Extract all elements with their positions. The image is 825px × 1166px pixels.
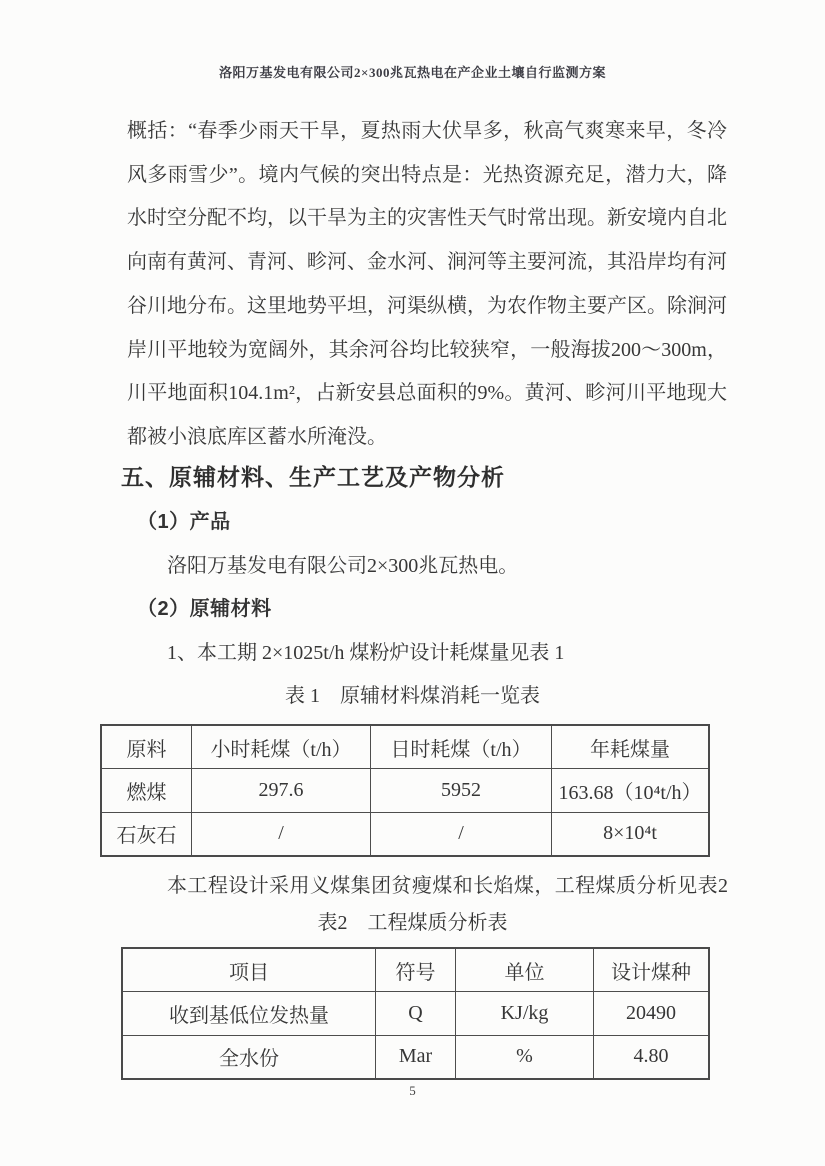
subsection-heading-materials: （2）原辅材料 — [137, 596, 272, 622]
table1-cell: 石灰石 — [101, 812, 192, 856]
table1-row-coal: 燃煤 297.6 5952 163.68（10⁴t/h） — [101, 769, 709, 813]
list-item-coal-consumption: 1、本工期 2×1025t/h 煤粉炉设计耗煤量见表 1 — [167, 640, 564, 666]
page-header: 洛阳万基发电有限公司2×300兆瓦热电在产企业土壤自行监测方案 — [0, 62, 825, 81]
table1-cell: / — [192, 812, 371, 856]
table1-cell: 5952 — [371, 769, 552, 813]
section-heading: 五、原辅材料、生产工艺及产物分析 — [121, 462, 505, 492]
paragraph-line: 都被小浪底库区蓄水所淹没。 — [127, 416, 727, 460]
table2-cell: % — [456, 1035, 594, 1079]
paragraph-line: 向南有黄河、青河、畛河、金水河、涧河等主要河流，其沿岸均有河 — [127, 241, 727, 285]
table2-header-item: 项目 — [122, 948, 376, 992]
product-text: 洛阳万基发电有限公司2×300兆瓦热电。 — [167, 553, 518, 579]
paragraph-line: 风多雨雪少”。境内气候的突出特点是：光热资源充足，潜力大，降 — [127, 154, 727, 198]
table2-cell: 4.80 — [594, 1035, 710, 1079]
subsection-heading-product: （1）产品 — [137, 509, 231, 535]
table2-header-design-coal: 设计煤种 — [594, 948, 710, 992]
coal-quality-text: 本工程设计采用义煤集团贫瘦煤和长焰煤，工程煤质分析见表2 — [127, 872, 728, 900]
climate-paragraph: 概括：“春季少雨天干旱，夏热雨大伏旱多，秋高气爽寒来早，冬冷 风多雨雪少”。境内… — [127, 110, 727, 460]
table1-caption: 表 1 原辅材料煤消耗一览表 — [0, 684, 825, 708]
table1-cell: / — [371, 812, 552, 856]
table2-cell: KJ/kg — [456, 992, 594, 1036]
table2-row-heating-value: 收到基低位发热量 Q KJ/kg 20490 — [122, 992, 709, 1036]
table1-header-hourly: 小时耗煤（t/h） — [192, 725, 371, 769]
table2-cell: 全水份 — [122, 1035, 376, 1079]
table1-header-row: 原料 小时耗煤（t/h） 日时耗煤（t/h） 年耗煤量 — [101, 725, 709, 769]
table2-cell: Q — [376, 992, 456, 1036]
table1-cell: 燃煤 — [101, 769, 192, 813]
table2-caption: 表2 工程煤质分析表 — [0, 911, 825, 935]
table1-cell: 163.68（10⁴t/h） — [552, 769, 710, 813]
table1-header-material: 原料 — [101, 725, 192, 769]
table1-header-yearly: 年耗煤量 — [552, 725, 710, 769]
table2-header-row: 项目 符号 单位 设计煤种 — [122, 948, 709, 992]
table2-coal-quality-analysis: 项目 符号 单位 设计煤种 收到基低位发热量 Q KJ/kg 20490 全水份… — [121, 947, 710, 1080]
table1-row-limestone: 石灰石 / / 8×10⁴t — [101, 812, 709, 856]
paragraph-line: 概括：“春季少雨天干旱，夏热雨大伏旱多，秋高气爽寒来早，冬冷 — [127, 110, 727, 154]
table1-cell: 8×10⁴t — [552, 812, 710, 856]
paragraph-line: 谷川地分布。这里地势平坦，河渠纵横，为农作物主要产区。除涧河 — [127, 285, 727, 329]
table2-cell: Mar — [376, 1035, 456, 1079]
document-page: 洛阳万基发电有限公司2×300兆瓦热电在产企业土壤自行监测方案 概括：“春季少雨… — [0, 0, 825, 1166]
paragraph-line: 岸川平地较为宽阔外，其余河谷均比较狭窄，一般海拔200～300m， — [127, 329, 727, 373]
table2-row-moisture: 全水份 Mar % 4.80 — [122, 1035, 709, 1079]
table2-cell: 20490 — [594, 992, 710, 1036]
table2-header-unit: 单位 — [456, 948, 594, 992]
table1-cell: 297.6 — [192, 769, 371, 813]
table1-coal-consumption: 原料 小时耗煤（t/h） 日时耗煤（t/h） 年耗煤量 燃煤 297.6 595… — [100, 724, 710, 857]
page-number: 5 — [0, 1083, 825, 1099]
table1-header-daily: 日时耗煤（t/h） — [371, 725, 552, 769]
table2-header-symbol: 符号 — [376, 948, 456, 992]
table2-cell: 收到基低位发热量 — [122, 992, 376, 1036]
paragraph-line: 水时空分配不均，以干旱为主的灾害性天气时常出现。新安境内自北 — [127, 197, 727, 241]
paragraph-line: 川平地面积104.1m²，占新安县总面积的9%。黄河、畛河川平地现大 — [127, 372, 727, 416]
